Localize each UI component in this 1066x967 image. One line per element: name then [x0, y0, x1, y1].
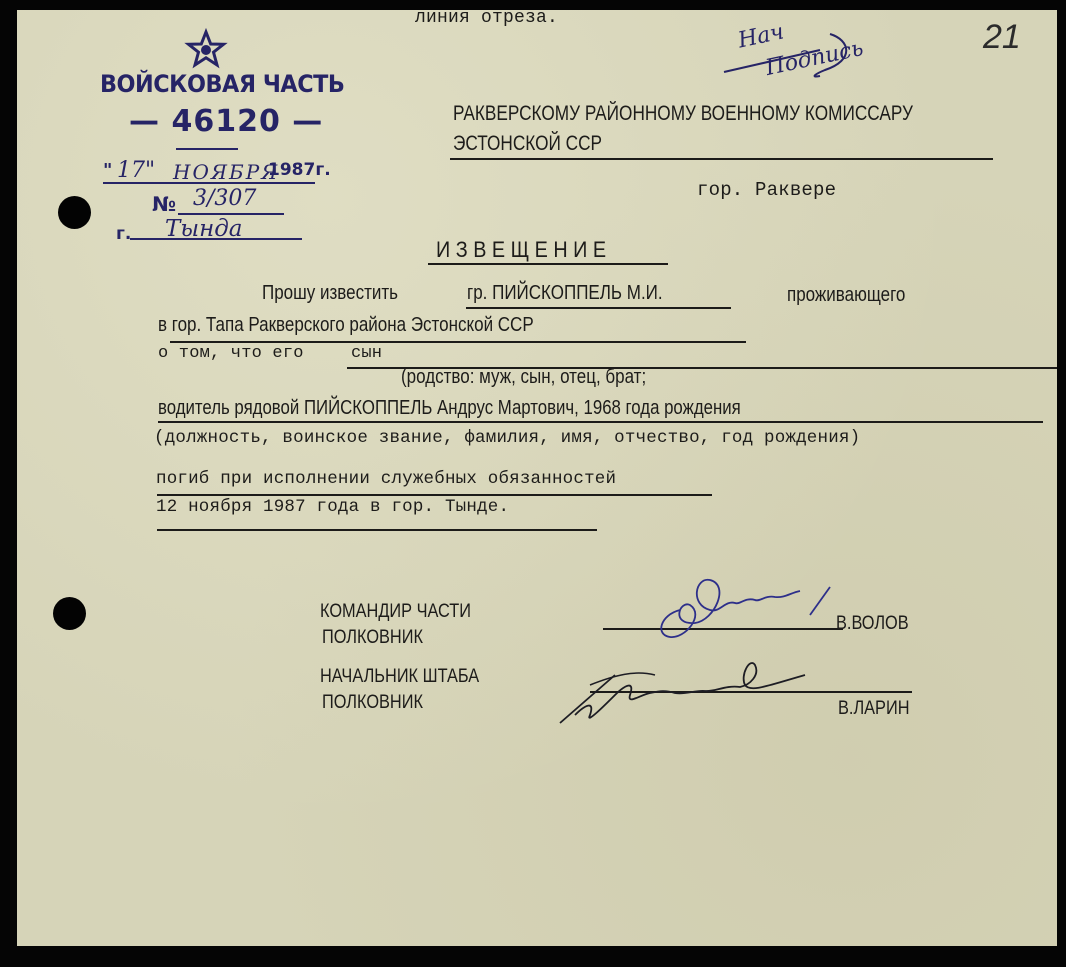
notice-recipient: гр. ПИЙСКОППЕЛЬ М.И.	[467, 282, 663, 305]
signatory-1-title: КОМАНДИР ЧАСТИ	[320, 601, 471, 623]
notice-circumstance-rule	[157, 494, 712, 496]
stamp-number-value: 3/307	[193, 186, 256, 211]
stamp-unit-number: — 46120 —	[129, 104, 323, 139]
punch-hole-bottom	[53, 597, 86, 630]
addressee-line-1: РАКВЕРСКОМУ РАЙОННОМУ ВОЕННОМУ КОМИССАРУ	[453, 102, 913, 126]
signatory-2-title: НАЧАЛЬНИК ШТАБА	[320, 666, 479, 688]
stamp-number-label: №	[152, 192, 176, 216]
notice-relation: сын	[351, 344, 382, 363]
signatory-1-rank: ПОЛКОВНИК	[322, 627, 423, 649]
notice-date-place: 12 ноября 1987 года в гор. Тынде.	[156, 497, 509, 517]
signatory-2-rank: ПОЛКОВНИК	[322, 692, 423, 714]
stamp-date-month: НОЯБРЯ	[173, 160, 279, 184]
stamp-city-rule	[130, 238, 302, 240]
notice-soldier: водитель рядовой ПИЙСКОППЕЛЬ Андрус Март…	[158, 397, 741, 420]
stamp-unit-label: ВОЙСКОВАЯ ЧАСТЬ	[100, 70, 344, 98]
stamp-divider	[176, 148, 238, 150]
star-emblem-icon	[186, 30, 226, 68]
handwritten-note-rule	[720, 30, 860, 80]
notice-circumstance: погиб при исполнении служебных обязаннос…	[156, 469, 616, 489]
addressee-line-2: ЭСТОНСКОЙ ССР	[453, 132, 602, 156]
signature-larin	[555, 645, 815, 730]
notice-relation-hint: (родство: муж, сын, отец, брат;	[401, 366, 646, 389]
notice-relation-prefix: о том, что его	[158, 344, 304, 363]
notice-title: И З В Е Щ Е Н И Е	[436, 237, 606, 263]
page-number: 21	[983, 18, 1021, 57]
stamp-date-day: 17"	[117, 158, 155, 183]
stamp-number-rule	[178, 213, 284, 215]
punch-hole-top	[58, 196, 91, 229]
cut-line-label: линия отреза.	[415, 8, 558, 28]
notice-recipient-rule	[466, 307, 731, 309]
stamp-date-rule	[103, 182, 315, 184]
notice-soldier-hint: (должность, воинское звание, фамилия, им…	[154, 428, 860, 448]
stamp-date-year: 1987г.	[268, 160, 331, 180]
notice-intro: Прошу известить	[262, 282, 398, 305]
notice-date-place-rule	[157, 529, 597, 531]
stamp-date-prefix: "	[103, 160, 112, 181]
notice-address-rule	[170, 341, 746, 343]
signatory-2-name: В.ЛАРИН	[838, 698, 910, 720]
notice-residing: проживающего	[787, 284, 905, 307]
notice-title-rule	[428, 263, 668, 265]
addressee-rule	[450, 158, 993, 160]
signature-volov	[650, 565, 850, 645]
notice-address: в гор. Тапа Ракверского района Эстонской…	[158, 314, 534, 337]
stamp-city-label: г.	[116, 224, 131, 244]
notice-soldier-rule	[158, 421, 1043, 423]
addressee-city: гор. Раквере	[697, 179, 836, 201]
